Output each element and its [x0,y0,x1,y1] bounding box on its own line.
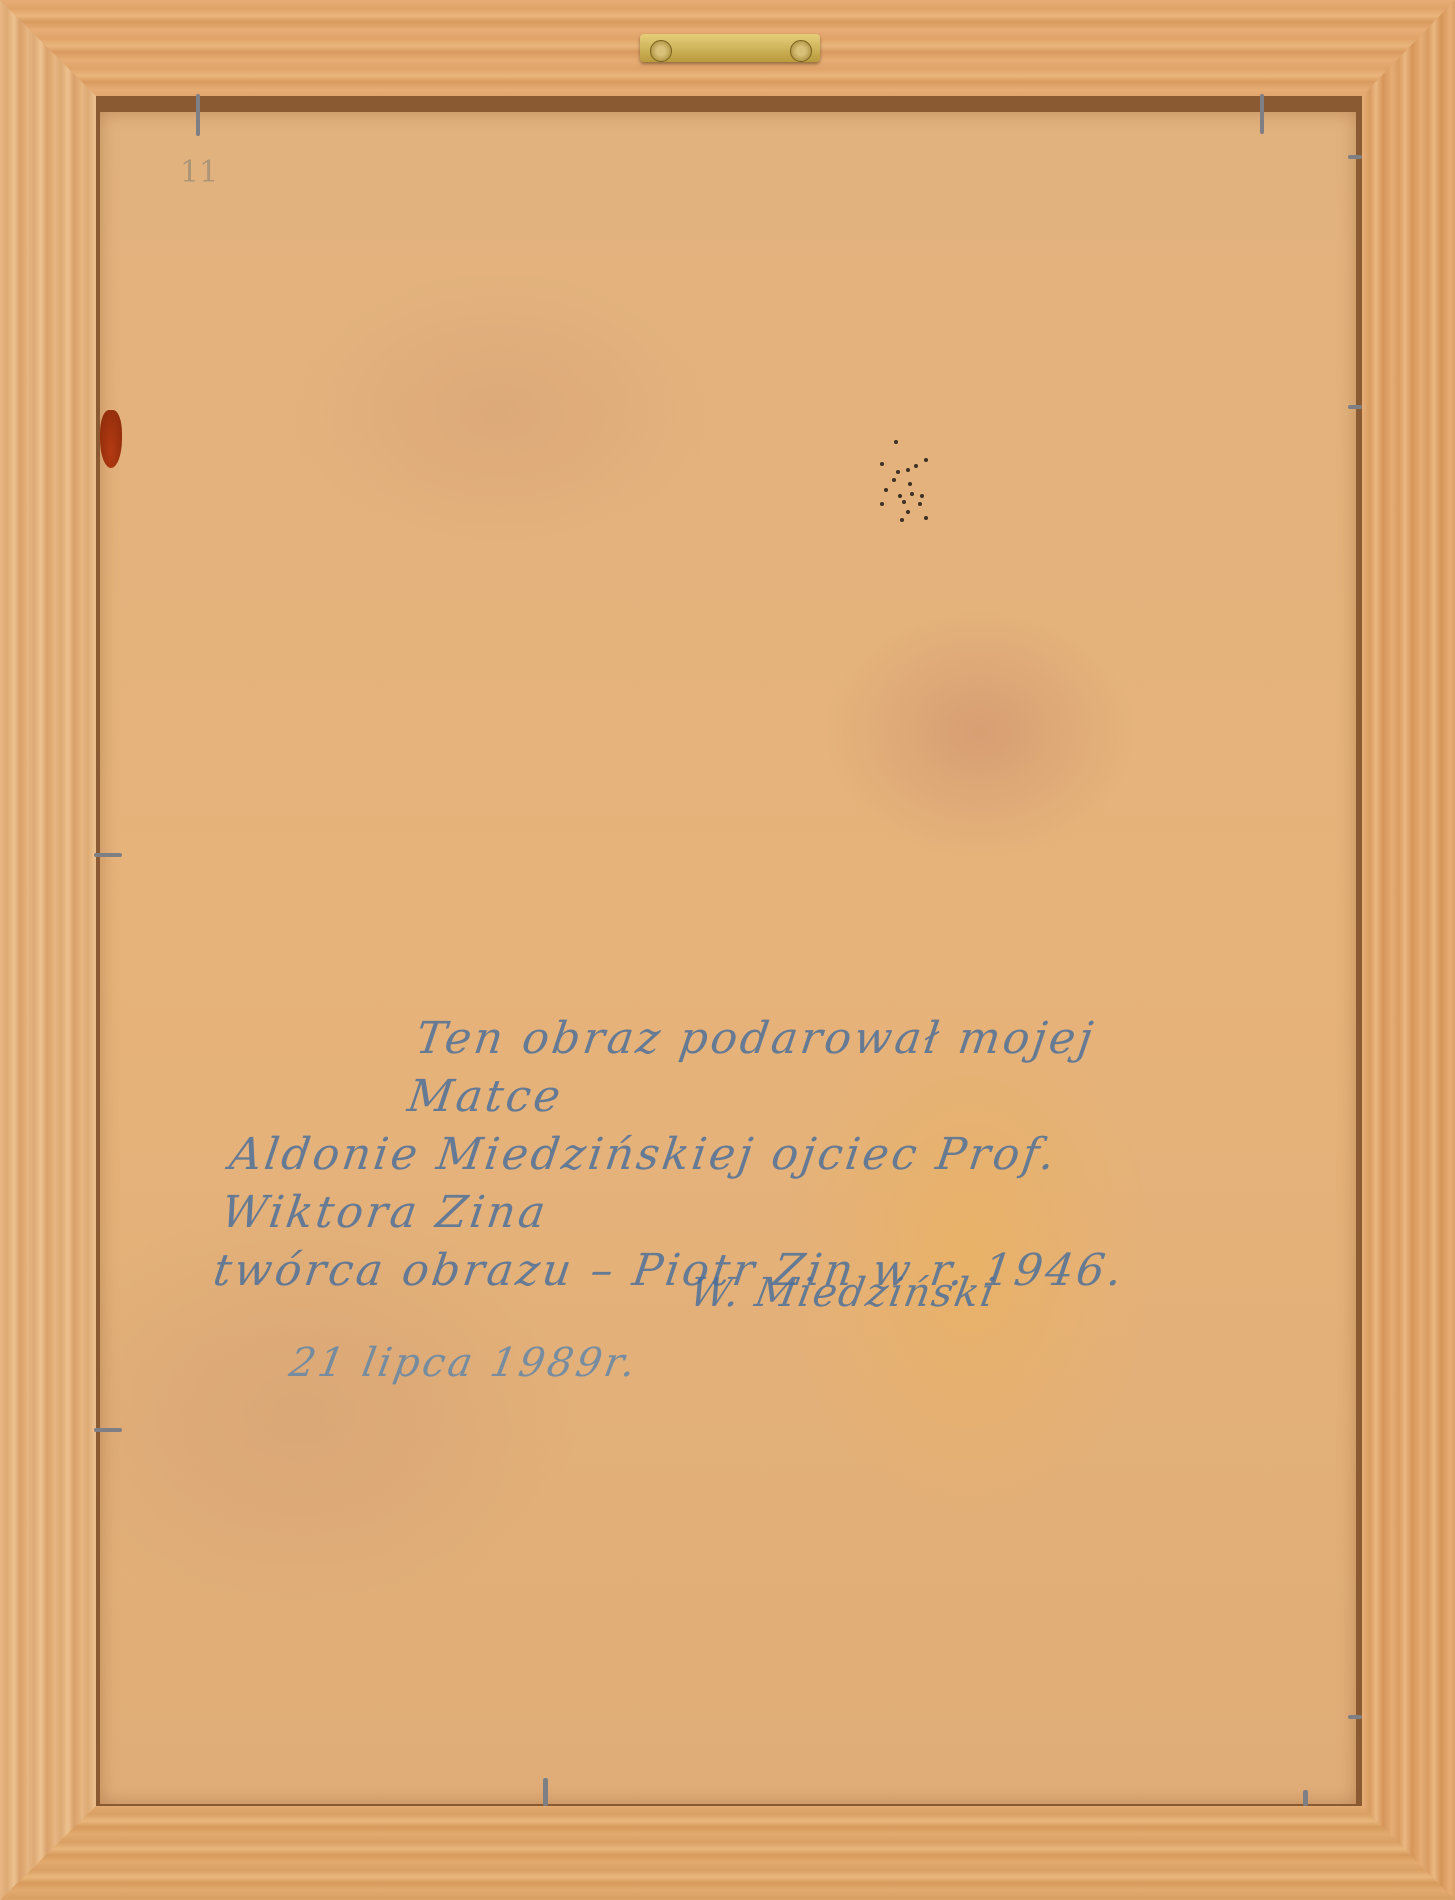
pencil-mark: 11 [180,155,218,190]
dot-cluster [880,440,940,520]
nail-icon [1348,405,1362,409]
picture-frame-back: 11 Ten obraz podarował mojej Matce Aldon… [0,0,1455,1900]
handwritten-inscription: Ten obraz podarował mojej Matce Aldonie … [210,1010,1271,1300]
inscription-date: 21 lipca 1989r. [286,1340,642,1386]
red-wax-drip [100,410,122,468]
signature: W. Miedziński [686,1270,1000,1316]
frame-rail-bottom [0,1806,1455,1900]
nail-icon [1260,94,1264,134]
nail-icon [1303,1790,1308,1806]
nail-icon [196,94,200,136]
nail-icon [1348,155,1362,159]
frame-rail-left [0,0,96,1900]
frame-rail-right [1362,0,1455,1900]
screw-icon [790,40,812,62]
nail-icon [1348,1715,1362,1719]
nail-icon [94,1428,122,1432]
sawtooth-hanger [640,26,820,66]
nail-icon [94,853,122,857]
screw-icon [650,40,672,62]
backing-board [100,112,1356,1804]
inscription-line: Aldonie Miedzińskiej ojciec Prof. Wiktor… [218,1126,1254,1242]
inscription-line: Ten obraz podarował mojej Matce [234,1010,1270,1126]
nail-icon [543,1778,548,1806]
